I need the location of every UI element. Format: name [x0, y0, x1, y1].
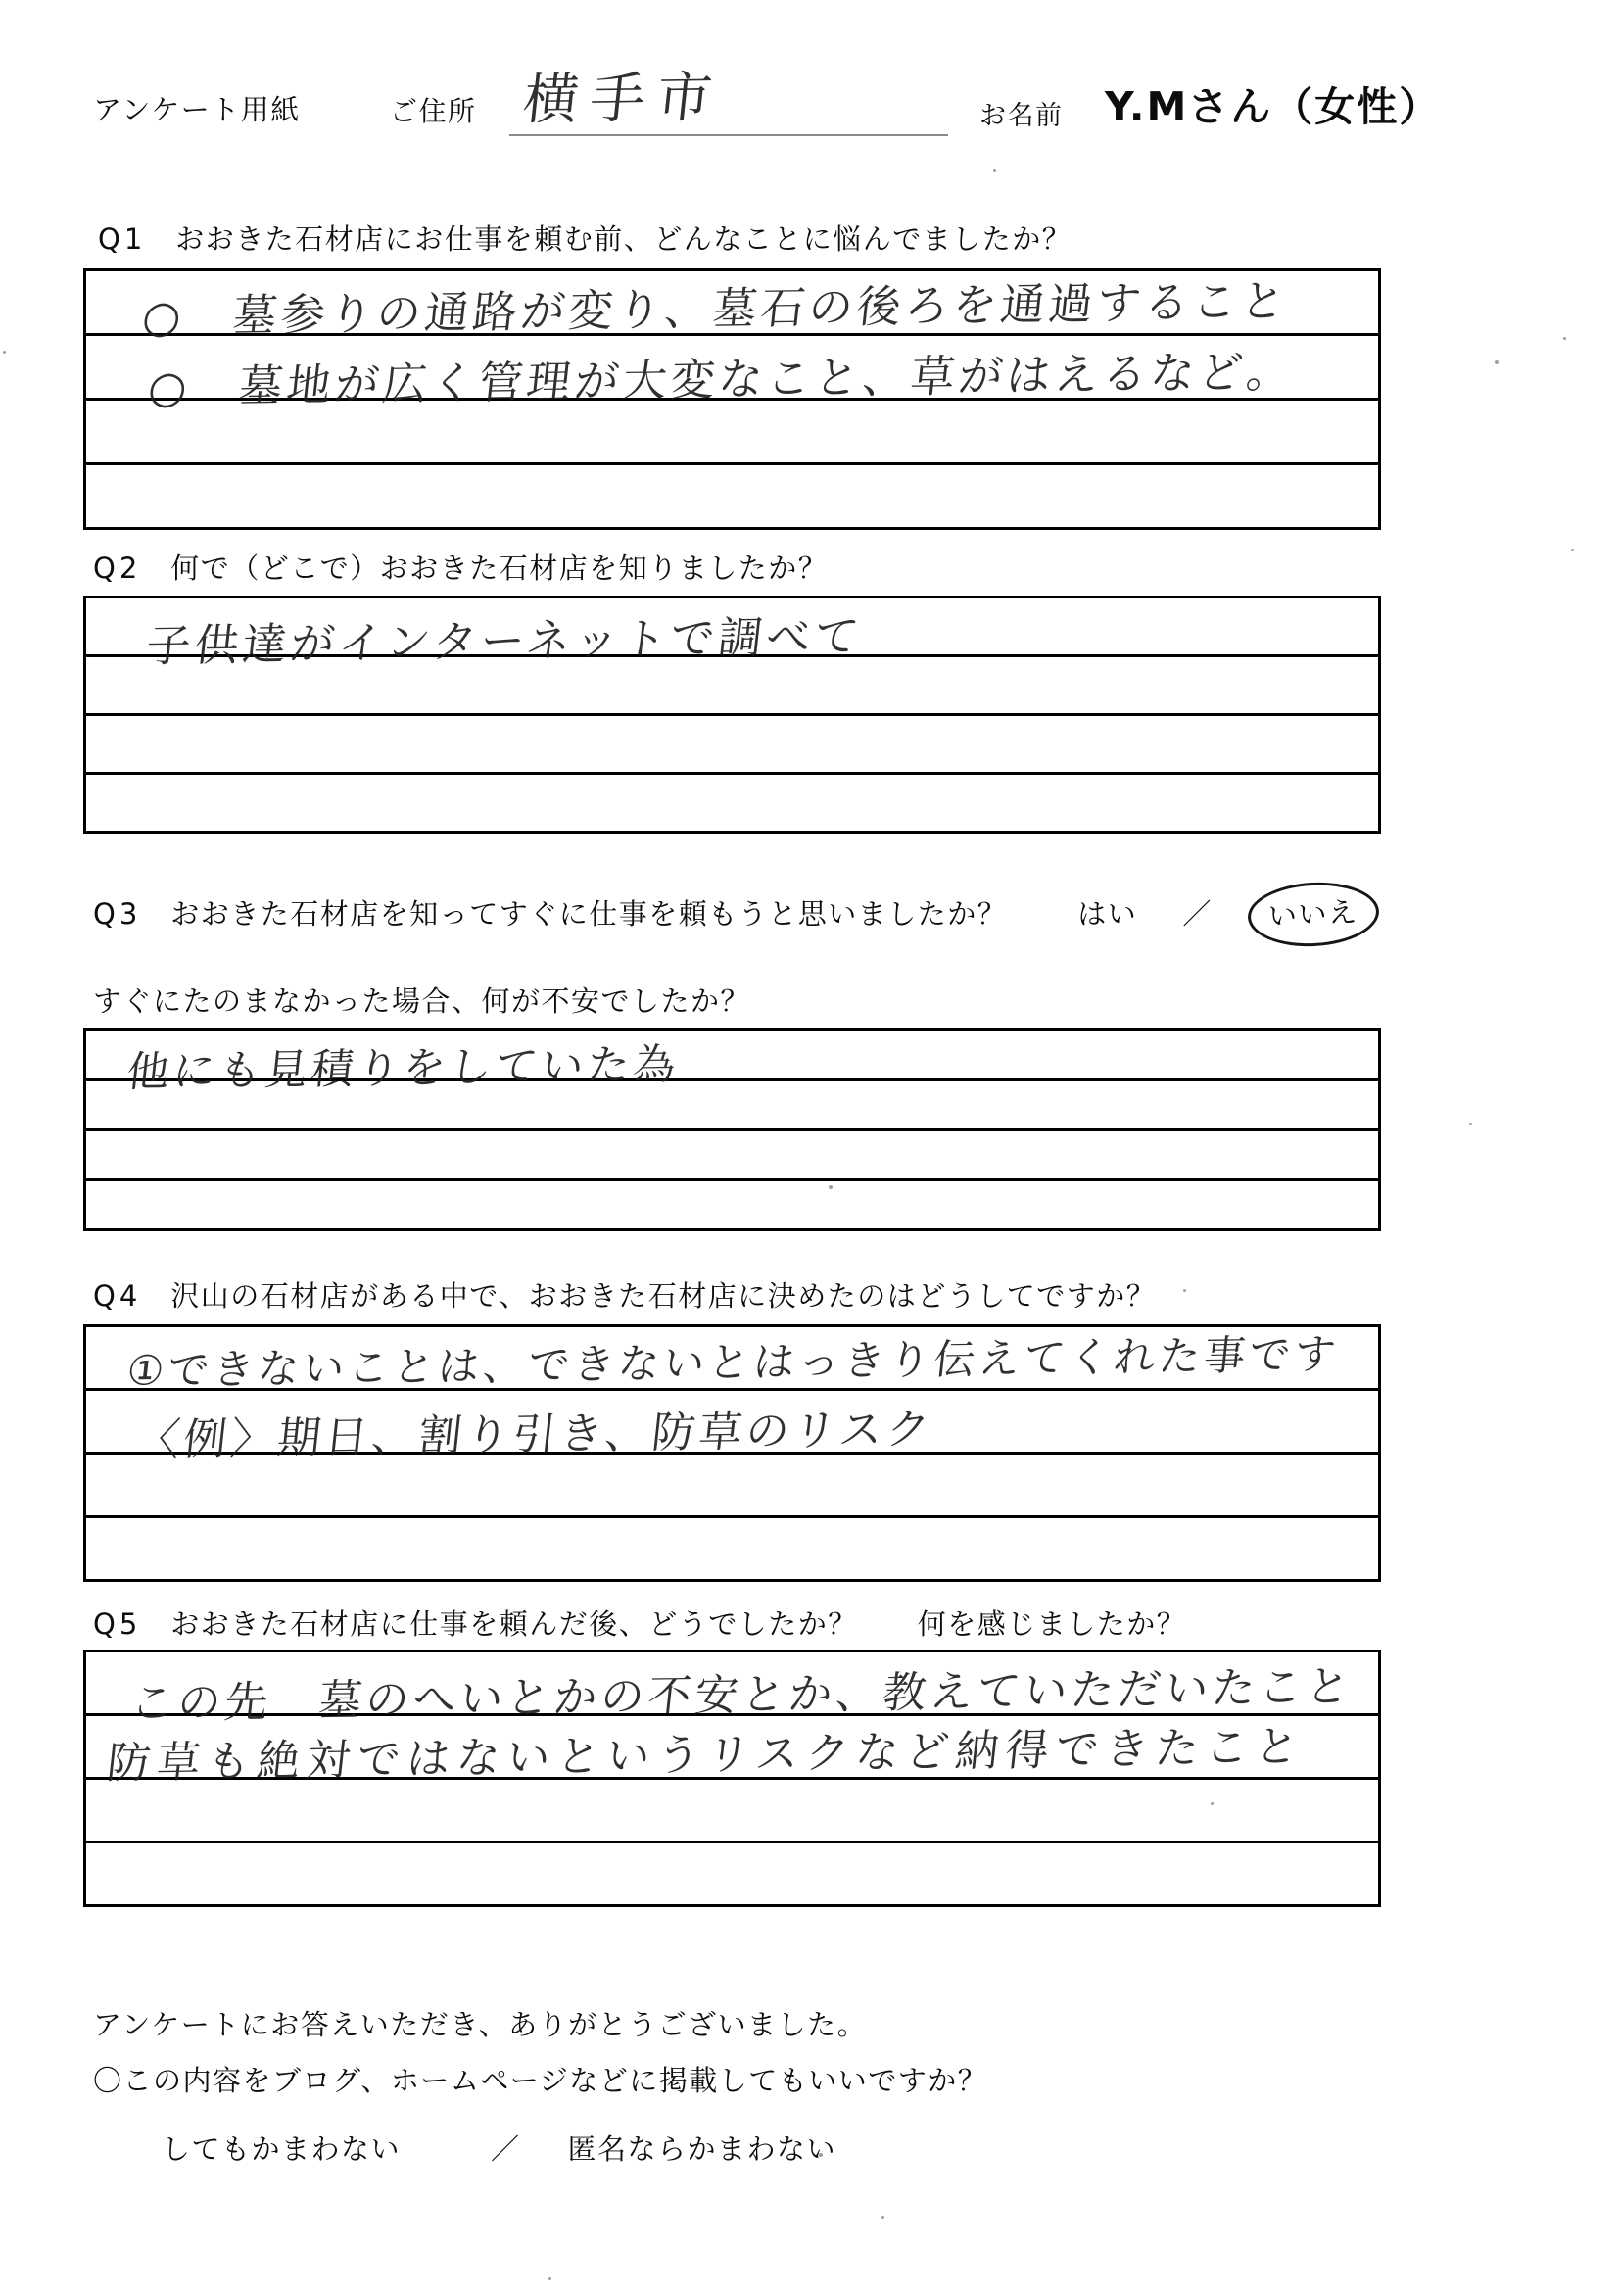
q1-text: おおきた石材店にお仕事を頼む前、どんなことに悩んでましたか？	[175, 222, 1072, 256]
address-underline	[509, 134, 948, 136]
publish-options: してもかまわない／匿名ならかまわない	[162, 2128, 836, 2168]
q3-followup-answer-row-1: 他にも見積りをしていた為	[86, 1031, 1378, 1081]
scan-speck	[1183, 1289, 1186, 1292]
questionnaire-scan: アンケート用紙 ご住所 横手市 お名前 Y.Mさん（女性） Q1おおきた石材店に…	[0, 0, 1620, 2296]
q3-option-no-circled: いいえ	[1246, 880, 1380, 950]
scan-speck	[1571, 549, 1574, 551]
q2-answer-row-1: 子供達がインターネットで調べて	[86, 598, 1378, 657]
q3-question: Q3おおきた石材店を知ってすぐに仕事を頼もうと思いましたか？はい／いいえ	[93, 883, 1378, 946]
name-label: お名前	[979, 94, 1064, 132]
q2-question: Q2何で（どこで）おおきた石材店を知りましたか？	[93, 547, 828, 587]
address-value-handwritten: 横手市	[520, 54, 729, 135]
publish-option-separator: ／	[491, 2132, 521, 2166]
form-title: アンケート用紙	[93, 88, 301, 128]
scan-speck	[819, 2153, 823, 2157]
thanks-text: アンケートにお答えいただき、ありがとうございました。	[93, 2003, 867, 2043]
q3-followup-answer-row-4	[86, 1181, 1378, 1228]
q2-answer-row-4	[86, 775, 1378, 831]
name-value: Y.Mさん（女性）	[1105, 74, 1441, 132]
q2-answer-box: 子供達がインターネットで調べて	[83, 596, 1381, 834]
q3-option-yes: はい	[1077, 892, 1137, 933]
q2-answer-row-3	[86, 716, 1378, 775]
q5-answer-row-3	[86, 1780, 1378, 1843]
q3-followup-answer-row-2	[86, 1081, 1378, 1131]
scan-speck	[1211, 1802, 1214, 1805]
q4-question: Q4沢山の石材店がある中で、おおきた石材店に決めたのはどうしてですか？	[93, 1274, 1156, 1315]
q1-question: Q1おおきた石材店にお仕事を頼む前、どんなことに悩んでましたか？	[98, 217, 1072, 258]
q1-handwritten-answer-1: ○ 墓参りの通路が変り、墓石の後ろを通過すること	[139, 265, 1292, 345]
q1-answer-box: ○ 墓参りの通路が変り、墓石の後ろを通過すること ○ 墓地が広く管理が大変なこと…	[83, 268, 1381, 530]
scan-speck	[881, 2216, 884, 2219]
scan-speck	[993, 169, 996, 172]
q1-answer-row-2: ○ 墓地が広く管理が大変なこと、草がはえるなど。	[86, 336, 1378, 401]
q4-answer-box: ①できないことは、できないとはっきり伝えてくれた事です 〈例〉期日、割り引き、防…	[83, 1324, 1381, 1582]
q1-answer-row-3	[86, 401, 1378, 465]
q5-text: おおきた石材店に仕事を頼んだ後、どうでしたか？ 何を感じましたか？	[170, 1607, 1186, 1641]
address-label: ご住所	[390, 90, 477, 129]
q3-followup-answer-box: 他にも見積りをしていた為	[83, 1028, 1381, 1231]
q4-number: Q4	[93, 1279, 141, 1313]
q4-answer-row-3	[86, 1455, 1378, 1518]
scan-speck	[3, 351, 6, 354]
q3-followup-question: すぐにたのまなかった場合、何が不安でしたか？	[93, 980, 750, 1020]
q5-question: Q5おおきた石材店に仕事を頼んだ後、どうでしたか？ 何を感じましたか？	[93, 1602, 1186, 1643]
q3-followup-answer-row-3	[86, 1131, 1378, 1181]
q1-answer-row-1: ○ 墓参りの通路が変り、墓石の後ろを通過すること	[86, 271, 1378, 336]
q3-number: Q3	[93, 897, 141, 931]
q2-number: Q2	[93, 551, 141, 585]
q2-answer-row-2	[86, 657, 1378, 716]
q1-answer-row-4	[86, 465, 1378, 527]
scan-speck	[1563, 337, 1566, 340]
scan-speck	[548, 2277, 551, 2280]
publish-option-allow: してもかまわない	[162, 2132, 401, 2166]
q5-handwritten-answer-2: 防草も絶対ではないというリスクなど納得できたこと	[105, 1711, 1310, 1791]
q4-handwritten-answer-1: ①できないことは、できないとはっきり伝えてくれた事です	[124, 1322, 1343, 1398]
q2-text: 何で（どこで）おおきた石材店を知りましたか？	[170, 551, 828, 585]
q4-answer-row-4	[86, 1518, 1378, 1579]
q4-text: 沢山の石材店がある中で、おおきた石材店に決めたのはどうしてですか？	[170, 1279, 1156, 1313]
q5-answer-row-1: この先 墓のへいとかの不安とか、教えていただいたこと	[86, 1652, 1378, 1716]
q3-text: おおきた石材店を知ってすぐに仕事を頼もうと思いましたか？	[170, 897, 1007, 931]
publish-question: 〇この内容をブログ、ホームページなどに掲載してもいいですか？	[93, 2059, 987, 2099]
scan-speck	[1469, 1123, 1472, 1125]
q5-answer-box: この先 墓のへいとかの不安とか、教えていただいたこと 防草も絶対ではないというリ…	[83, 1650, 1381, 1907]
publish-option-anonymous: 匿名ならかまわない	[568, 2132, 837, 2166]
q5-number: Q5	[93, 1607, 141, 1641]
q1-number: Q1	[98, 222, 146, 256]
q4-answer-row-1: ①できないことは、できないとはっきり伝えてくれた事です	[86, 1327, 1378, 1391]
q3-option-separator: ／	[1182, 892, 1213, 933]
q4-answer-row-2: 〈例〉期日、割り引き、防草のリスク	[86, 1391, 1378, 1455]
q5-answer-row-2: 防草も絶対ではないというリスクなど納得できたこと	[86, 1716, 1378, 1780]
scan-speck	[1495, 360, 1499, 364]
scan-speck	[829, 1185, 833, 1189]
q5-answer-row-4	[86, 1843, 1378, 1904]
